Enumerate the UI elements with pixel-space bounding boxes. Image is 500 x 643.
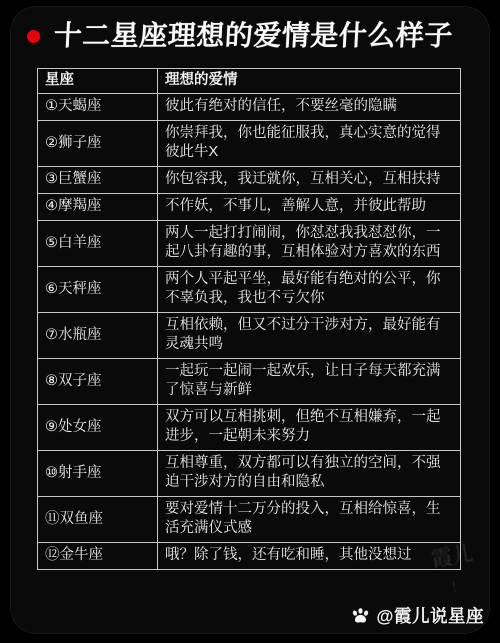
header-ideal: 理想的爱情 bbox=[158, 69, 461, 94]
cell-ideal: 哦？除了钱，还有吃和睡，其他没想过 bbox=[158, 543, 461, 570]
table-row: ⑧双子座一起玩一起闹一起欢乐，让日子每天都充满了惊喜与新鲜 bbox=[38, 359, 461, 405]
infographic-card: 十二星座理想的爱情是什么样子 星座 理想的爱情 ①天蝎座彼此有绝对的信任，不要丝… bbox=[0, 0, 500, 643]
cell-sign: ⑫金牛座 bbox=[38, 543, 158, 570]
cell-sign: ⑪双鱼座 bbox=[38, 497, 158, 543]
cell-ideal: 两人一起打打闹闹，你怼怼我我怼怼你，一起八卦有趣的事，互相体验对方喜欢的东西 bbox=[158, 221, 461, 267]
table-row: ②狮子座你崇拜我，你也能征服我，真心实意的觉得彼此牛X bbox=[38, 121, 461, 167]
cell-ideal: 你崇拜我，你也能征服我，真心实意的觉得彼此牛X bbox=[158, 121, 461, 167]
cell-sign: ⑩射手座 bbox=[38, 451, 158, 497]
table-row: ⑫金牛座哦？除了钱，还有吃和睡，其他没想过 bbox=[38, 543, 461, 570]
table-row: ①天蝎座彼此有绝对的信任，不要丝毫的隐瞒 bbox=[38, 94, 461, 121]
cell-ideal: 不作妖，不事儿，善解人意，并彼此帮助 bbox=[158, 194, 461, 221]
page-title: 十二星座理想的爱情是什么样子 bbox=[53, 14, 454, 54]
cell-sign: ③巨蟹座 bbox=[38, 167, 158, 194]
cell-sign: ④摩羯座 bbox=[38, 194, 158, 221]
cell-sign: ⑤白羊座 bbox=[38, 221, 158, 267]
cell-ideal: 要对爱情十二万分的投入，互相给惊喜，生活充满仪式感 bbox=[158, 497, 461, 543]
table-row: ⑨处女座双方可以互相挑刺，但绝不互相嫌弃，一起进步，一起朝未来努力 bbox=[38, 405, 461, 451]
cell-sign: ⑦水瓶座 bbox=[38, 313, 158, 359]
cell-sign: ⑧双子座 bbox=[38, 359, 158, 405]
cell-ideal: 双方可以互相挑刺，但绝不互相嫌弃，一起进步，一起朝未来努力 bbox=[158, 405, 461, 451]
paw-icon bbox=[351, 606, 370, 625]
cell-ideal: 两个人平起平坐，最好能有绝对的公平，你不辜负我，我也不亏欠你 bbox=[158, 267, 461, 313]
cell-sign: ①天蝎座 bbox=[38, 94, 158, 121]
cell-ideal: 彼此有绝对的信任，不要丝毫的隐瞒 bbox=[158, 94, 461, 121]
author-handle: @霞儿说星座 bbox=[376, 603, 484, 628]
table-header-row: 星座 理想的爱情 bbox=[38, 69, 461, 94]
table-row: ③巨蟹座你包容我，我迁就你，互相关心，互相扶持 bbox=[38, 167, 461, 194]
table-row: ④摩羯座不作妖，不事儿，善解人意，并彼此帮助 bbox=[38, 194, 461, 221]
cell-sign: ⑥天秤座 bbox=[38, 267, 158, 313]
header-sign: 星座 bbox=[38, 69, 158, 94]
table-row: ⑥天秤座两个人平起平坐，最好能有绝对的公平，你不辜负我，我也不亏欠你 bbox=[38, 267, 461, 313]
cell-sign: ⑨处女座 bbox=[38, 405, 158, 451]
cell-ideal: 互相尊重，双方都可以有独立的空间，不强迫干涉对方的自由和隐私 bbox=[158, 451, 461, 497]
cell-sign: ②狮子座 bbox=[38, 121, 158, 167]
author-watermark: @霞儿说星座 bbox=[351, 603, 484, 628]
table-row: ⑦水瓶座互相依赖，但又不过分干涉对方，最好能有灵魂共鸣 bbox=[38, 313, 461, 359]
cell-ideal: 互相依赖，但又不过分干涉对方，最好能有灵魂共鸣 bbox=[158, 313, 461, 359]
red-bullet-icon bbox=[27, 30, 40, 43]
cell-ideal: 你包容我，我迁就你，互相关心，互相扶持 bbox=[158, 167, 461, 194]
table-row: ⑩射手座互相尊重，双方都可以有独立的空间，不强迫干涉对方的自由和隐私 bbox=[38, 451, 461, 497]
title-row: 十二星座理想的爱情是什么样子 bbox=[24, 14, 476, 54]
table-row: ⑤白羊座两人一起打打闹闹，你怼怼我我怼怼你，一起八卦有趣的事，互相体验对方喜欢的… bbox=[38, 221, 461, 267]
zodiac-table: 星座 理想的爱情 ①天蝎座彼此有绝对的信任，不要丝毫的隐瞒②狮子座你崇拜我，你也… bbox=[37, 68, 461, 570]
table-row: ⑪双鱼座要对爱情十二万分的投入，互相给惊喜，生活充满仪式感 bbox=[38, 497, 461, 543]
cell-ideal: 一起玩一起闹一起欢乐，让日子每天都充满了惊喜与新鲜 bbox=[158, 359, 461, 405]
